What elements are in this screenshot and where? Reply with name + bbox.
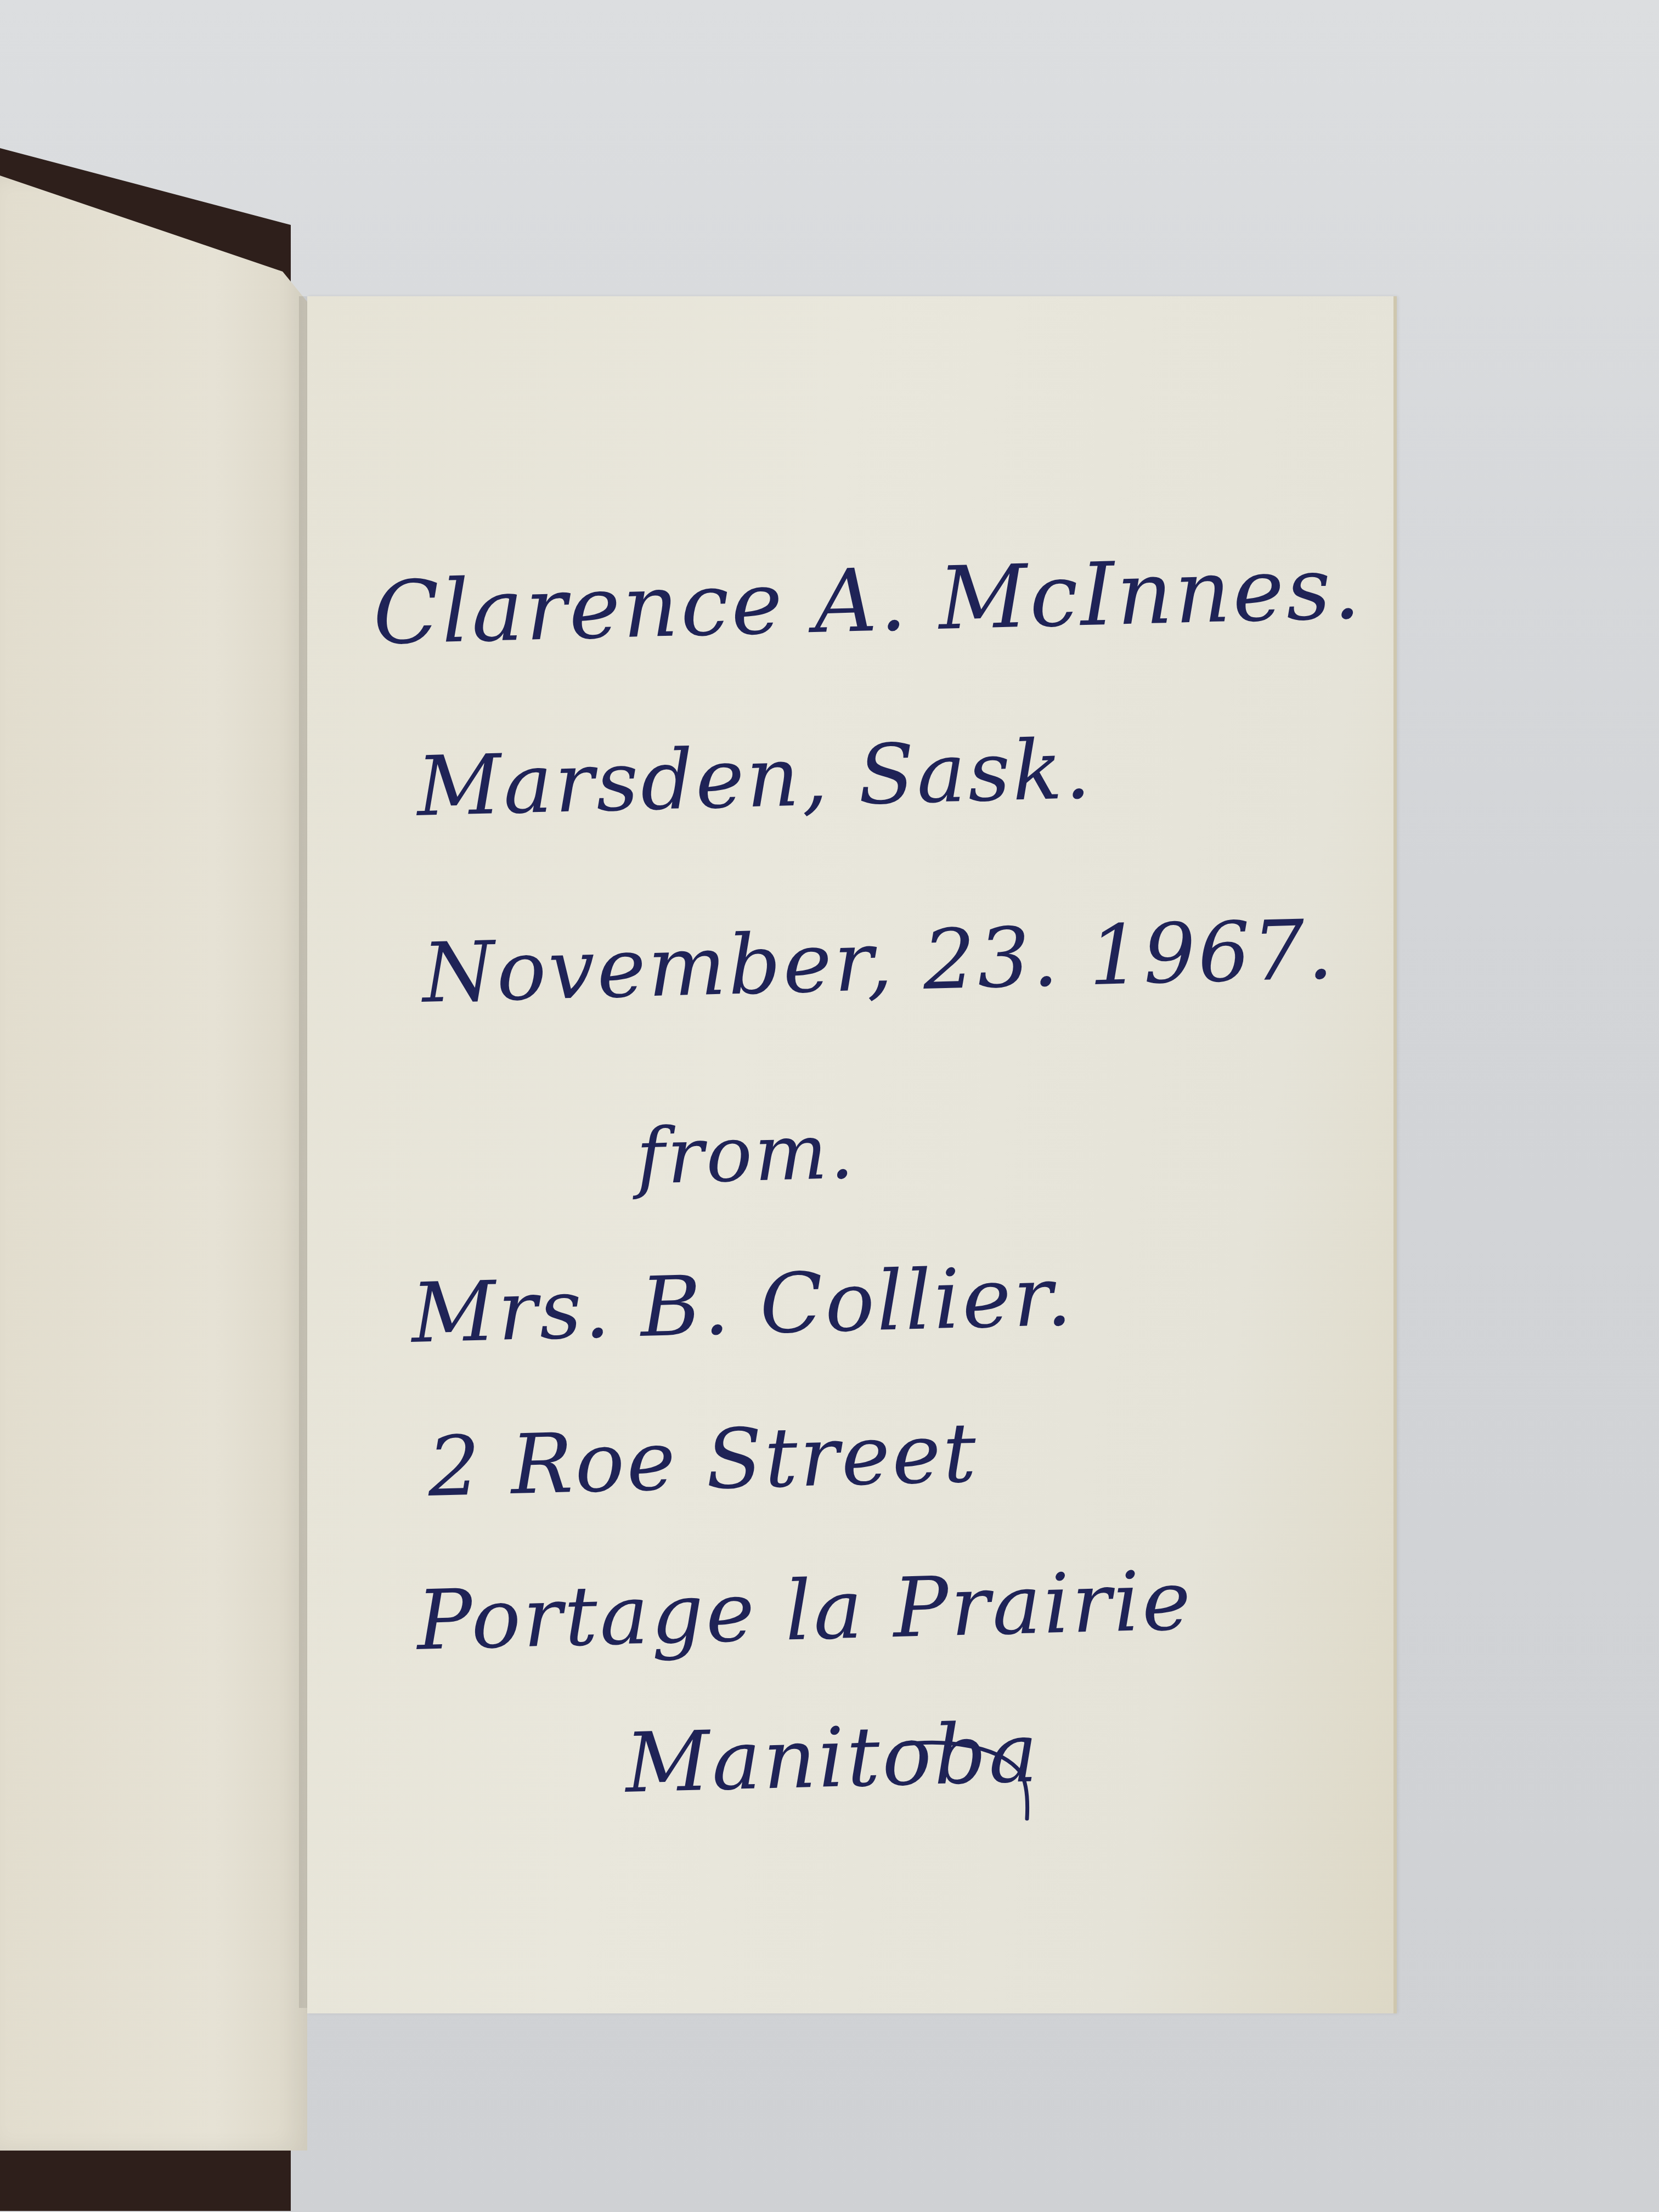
book-photo: Clarence A. McInnes. Marsden, Sask. Nove… [0, 0, 1659, 2212]
inscription-recipient-place: Marsden, Sask. [416, 729, 1094, 828]
inscription-from: from. [635, 1114, 857, 1196]
inscription-giver-city: Portage la Prairie [416, 1560, 1194, 1662]
pen-flourish-icon [900, 1739, 1031, 1821]
inscribed-flyleaf: Clarence A. McInnes. Marsden, Sask. Nove… [307, 296, 1397, 2013]
inscription-recipient-name: Clarence A. McInnes. [372, 545, 1364, 657]
inscription-giver-name: Mrs. B. Collier. [410, 1255, 1075, 1355]
handwritten-inscription: Clarence A. McInnes. Marsden, Sask. Nove… [307, 296, 1393, 2013]
inscription-date: November, 23. 1967. [421, 909, 1336, 1015]
inscription-giver-street: 2 Roe Street [427, 1412, 979, 1509]
left-endpaper [0, 176, 307, 2151]
